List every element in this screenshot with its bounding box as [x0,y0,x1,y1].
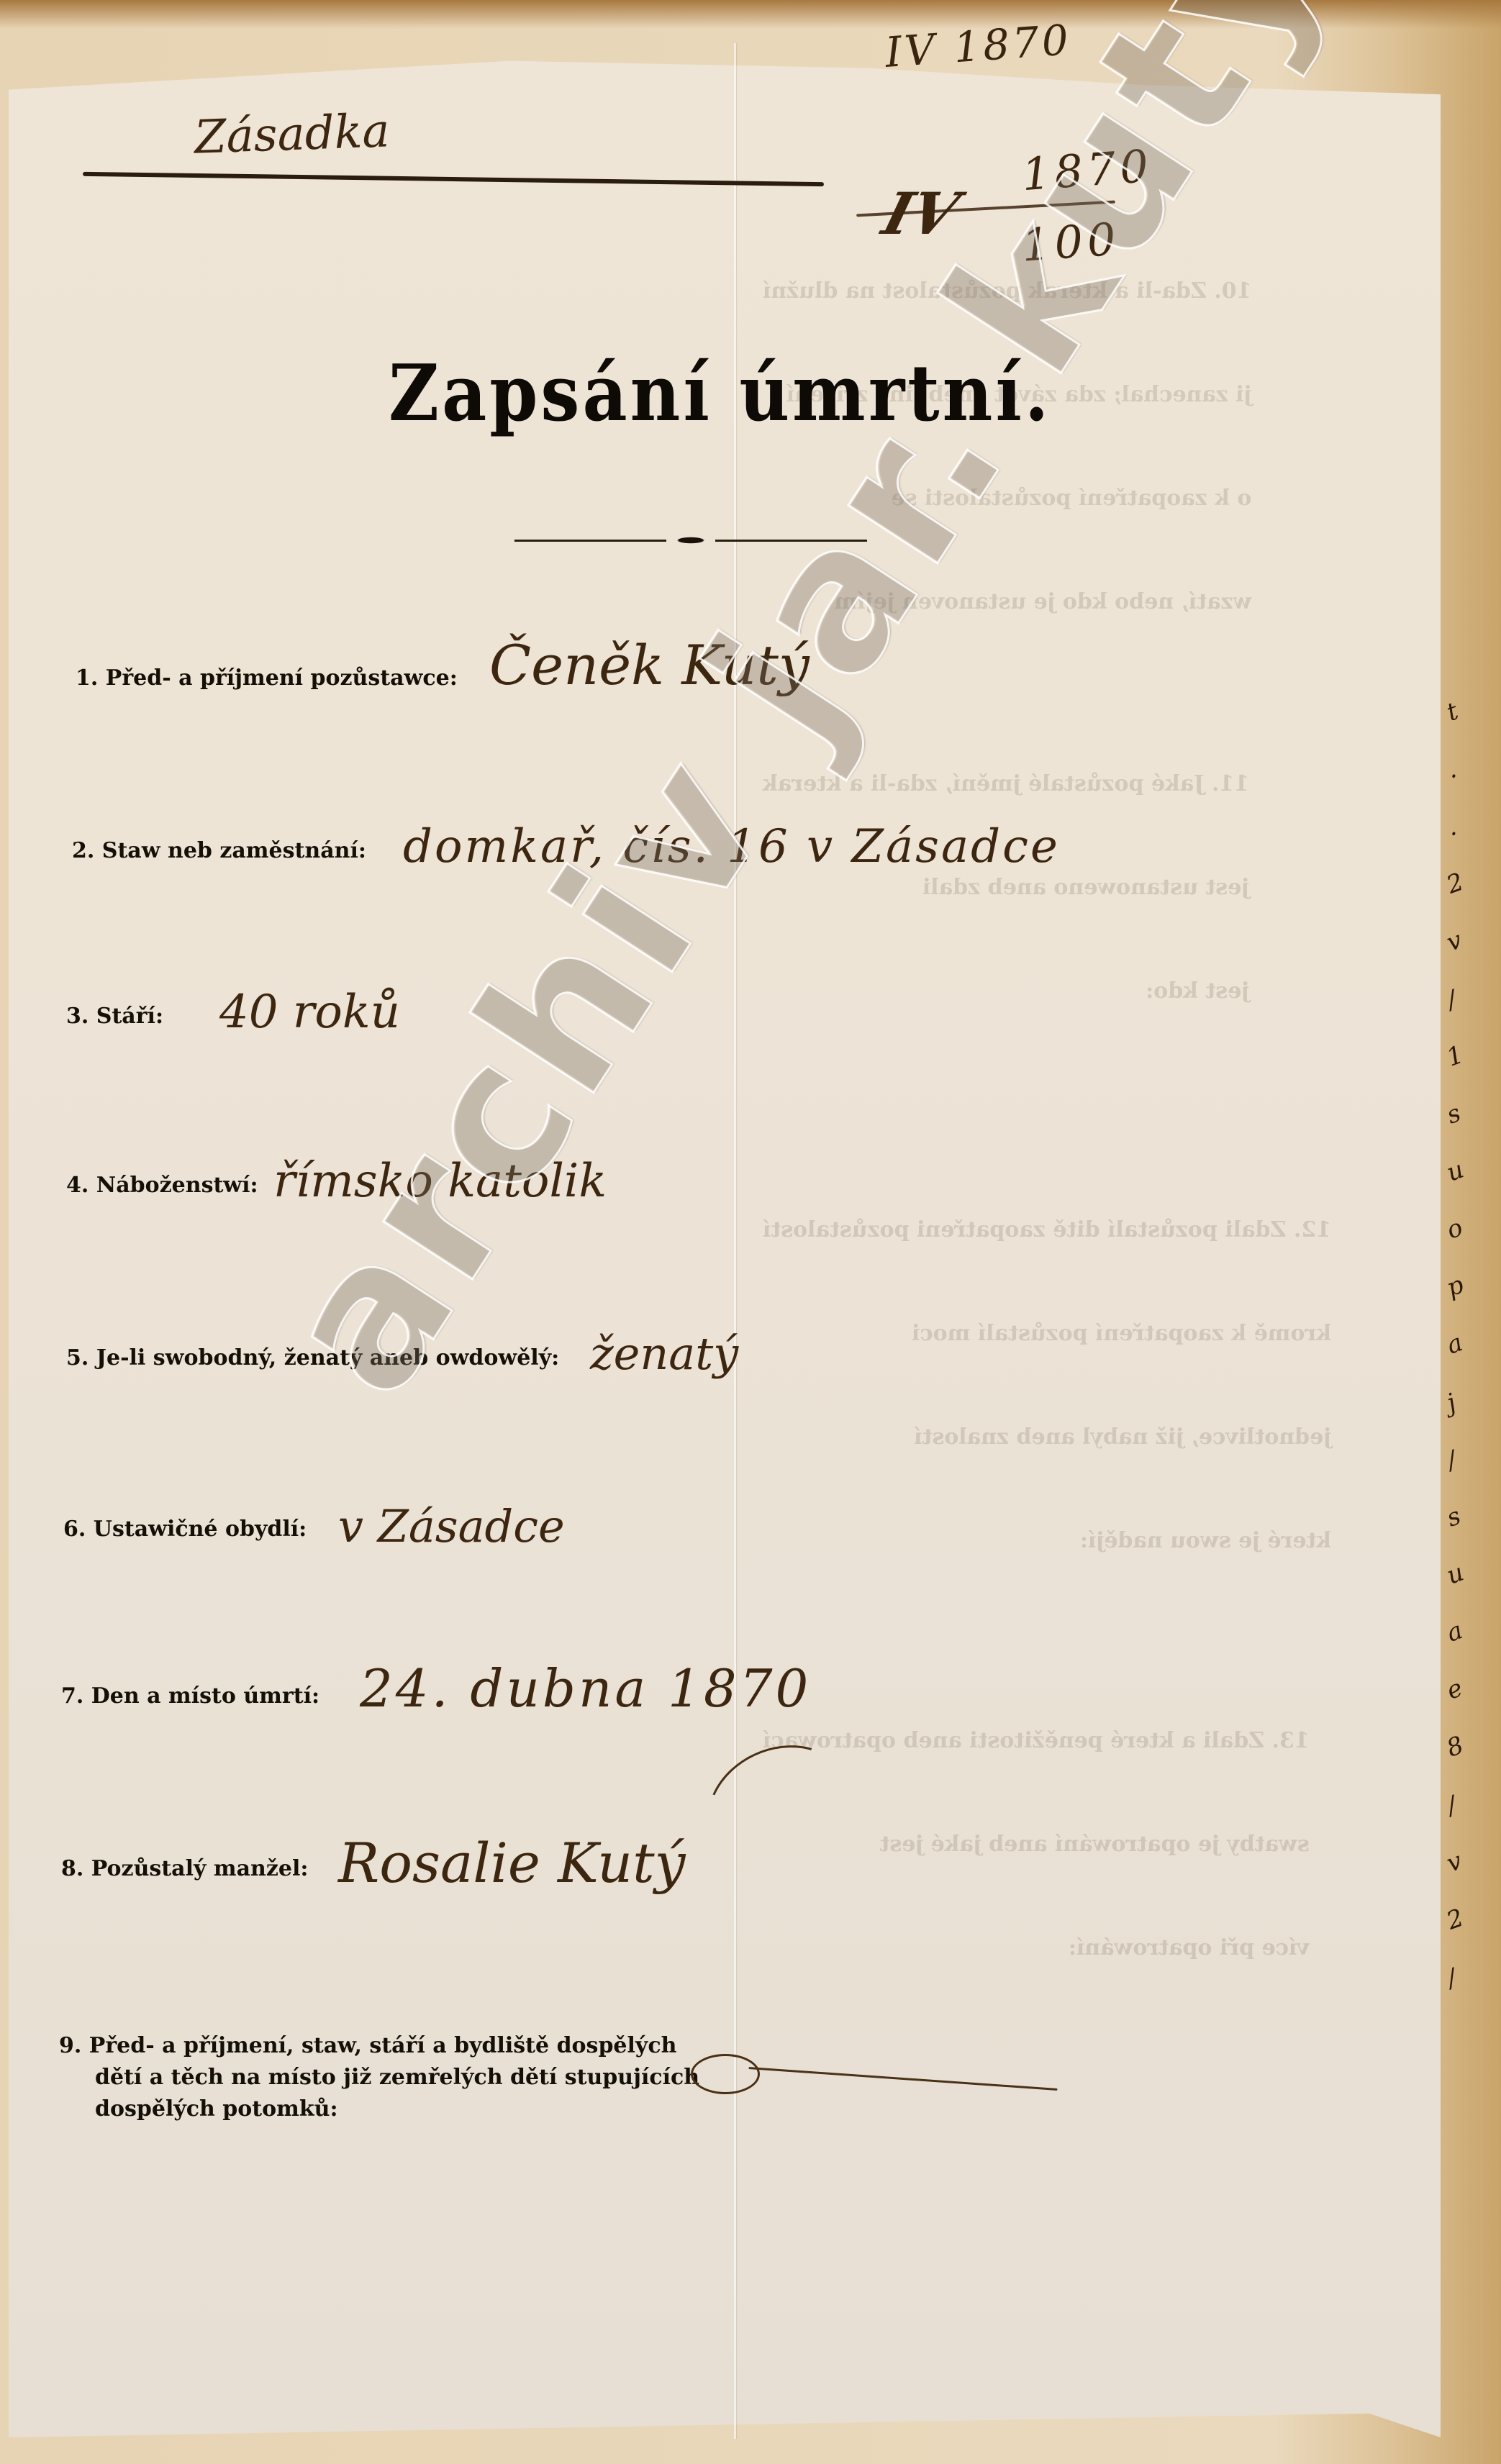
field-number: 2. [72,838,94,863]
margin-mark: . [1443,798,1500,842]
field-9-line-1: 9. Před- a příjmení, staw, stáří a bydli… [59,2030,699,2062]
margin-mark: . [1443,740,1500,785]
field-label-text: Pozůstalý manžel: [91,1856,309,1881]
margin-mark: v [1443,1834,1500,1878]
field-9-line-2: dětí a těch na místo již zemřelých dětí … [59,2062,699,2094]
margin-mark: u [1443,1546,1500,1591]
margin-mark: / [1443,1431,1500,1476]
field-label-text: Den a místo úmrtí: [91,1683,319,1709]
field-3-label: 3. Stáří: [66,1004,163,1029]
margin-mark: 2 [1443,1891,1500,1936]
margin-mark: e [1443,1661,1500,1706]
margin-mark: p [1443,1258,1500,1303]
margin-mark: a [1443,1604,1500,1648]
field-9-line-3: dospělých potomků: [59,2094,699,2125]
margin-mark: 2 [1443,855,1500,900]
field-label-text: Náboženstwí: [96,1173,258,1198]
bleed-through-item-13: 13. Zdali a které peněžitosti aneb opatr… [763,1655,1310,2000]
field-9-empty-loop-mark [691,2054,760,2094]
margin-mark: j [1443,1373,1500,1418]
margin-mark: o [1443,1201,1500,1245]
bleed-line: kromě k zaopatření pozůstalí moci [763,1317,1331,1351]
field-3-value-age: 40 roků [219,986,400,1039]
field-5-value-marital-status: ženatý [590,1327,738,1380]
field-label-text: Před- a příjmení, staw, stáří a bydliště… [89,2033,677,2058]
bleed-line: více při opatrowání: [763,1931,1310,1965]
field-label-text: Stáří: [96,1004,163,1029]
margin-mark: s [1443,1086,1500,1130]
margin-mark: 8 [1443,1719,1500,1763]
field-number: 8. [61,1856,83,1881]
field-number: 6. [63,1517,86,1542]
margin-mark: s [1443,1488,1500,1533]
field-1-label: 1. Před- a příjmení pozůstawce: [76,665,458,691]
margin-mark: / [1443,970,1500,1015]
bleed-line: swatby je opatrowání aneb jaké jest [763,1827,1310,1862]
field-2-label: 2. Staw neb zaměstnání: [72,838,366,863]
field-7-label: 7. Den a místo úmrtí: [61,1683,319,1709]
margin-mark: / [1443,1776,1500,1821]
bleed-through-item-12: 12. Zdali pozůstalí ditě zaopatřeni pozů… [763,1144,1331,1593]
margin-mark: 1 [1443,1028,1500,1073]
field-6-label: 6. Ustawičné obydlí: [63,1517,307,1542]
field-8-label: 8. Pozůstalý manžel: [61,1856,308,1881]
parish-name-handwritten: Zásadka [194,104,391,164]
field-label-text: Staw neb zaměstnání: [102,838,366,863]
field-number: 9. [59,2033,81,2058]
field-4-label: 4. Náboženstwí: [66,1173,258,1198]
right-margin-handwriting: t . . 2 v / 1 s u o p a j / s u a e 8 / … [1446,691,1497,2165]
field-label-text: Ustawičné obydlí: [94,1517,307,1542]
field-6-value-residence: v Zásadce [338,1500,565,1552]
field-8-value-surviving-spouse: Rosalie Kutý [338,1831,686,1895]
field-number: 3. [66,1004,89,1029]
field-label-text: Před- a příjmení pozůstawce: [106,665,458,691]
bleed-line: které je swou nadějí: [763,1524,1331,1558]
bleed-line: 12. Zdali pozůstalí ditě zaopatřeni pozů… [763,1213,1331,1247]
field-number: 7. [61,1683,83,1709]
bleed-line: jednotlivce, již nabyl aneb znalostí [763,1420,1331,1455]
margin-mark: v [1443,913,1500,958]
bleed-line: jest kdo: [763,974,1249,1009]
margin-mark: / [1443,1949,1500,1994]
bleed-line: 13. Zdali a které peněžitosti aneb opatr… [763,1724,1310,1758]
field-number: 5. [66,1345,89,1370]
margin-mark: a [1443,1316,1500,1360]
field-7-value-death-date: 24. dubna 1870 [360,1658,811,1719]
ornament-center [669,535,712,545]
ornament-line-left [514,540,666,542]
margin-mark: u [1443,1143,1500,1188]
field-number: 1. [76,665,98,691]
field-number: 4. [66,1173,89,1198]
field-9-label: 9. Před- a příjmení, staw, stáří a bydli… [59,2030,699,2125]
bleed-line: jest ustanoweno aneb zdali [763,870,1249,905]
